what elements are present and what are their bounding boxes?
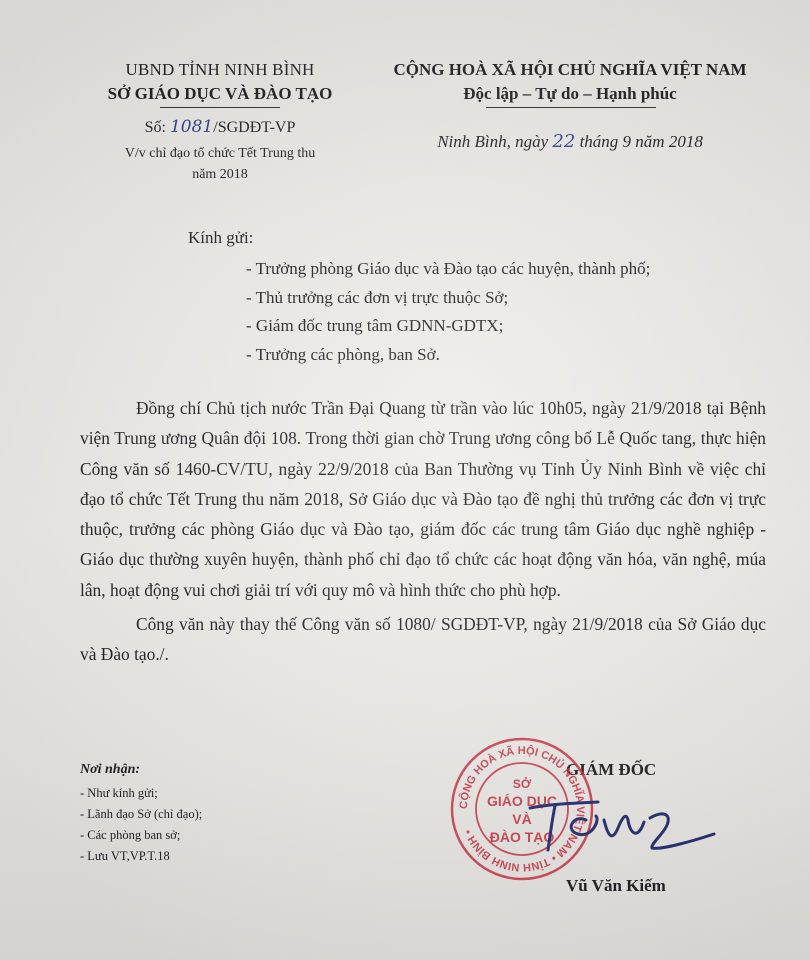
- document-number: Số: 1081/SGDĐT-VP: [80, 117, 360, 137]
- recipient-item: - Trưởng các phòng, ban Sở.: [246, 341, 650, 370]
- issuing-organization: SỞ GIÁO DỤC VÀ ĐÀO TẠO: [80, 84, 360, 104]
- recipient-list: - Trưởng phòng Giáo dục và Đào tạo các h…: [246, 255, 650, 369]
- distribution-item: - Lãnh đạo Sở (chỉ đạo);: [80, 804, 202, 825]
- subject-line-2: năm 2018: [80, 164, 360, 185]
- greeting: Kính gửi:: [188, 228, 253, 248]
- recipient-item: - Trưởng phòng Giáo dục và Đào tạo các h…: [246, 255, 650, 284]
- document-number-suffix: /SGDĐT-VP: [213, 119, 295, 136]
- distribution-item: - Lưu VT,VP.T.18: [80, 846, 202, 867]
- body-paragraph: Đồng chí Chủ tịch nước Trần Đại Quang từ…: [80, 393, 766, 605]
- stamp-center-line-1: SỞ: [513, 776, 532, 791]
- national-title: CỘNG HOÀ XÃ HỘI CHỦ NGHĨA VIỆT NAM: [360, 60, 780, 80]
- date-day-handwritten: 22: [552, 131, 575, 152]
- date-suffix: tháng 9 năm 2018: [575, 132, 703, 151]
- document-subject: V/v chỉ đạo tổ chức Tết Trung thu năm 20…: [80, 143, 360, 185]
- header-right-underline: [486, 107, 656, 108]
- recipient-item: - Thủ trưởng các đơn vị trực thuộc Sở;: [246, 284, 650, 313]
- letter-body: Đồng chí Chủ tịch nước Trần Đại Quang từ…: [80, 393, 766, 670]
- handwritten-signature-icon: [500, 790, 730, 860]
- header-left-underline: [160, 107, 280, 108]
- distribution-item: - Như kính gửi;: [80, 783, 202, 804]
- document-page: UBND TỈNH NINH BÌNH SỞ GIÁO DỤC VÀ ĐÀO T…: [0, 0, 810, 960]
- national-motto: Độc lập – Tự do – Hạnh phúc: [360, 84, 780, 104]
- distribution-list: - Như kính gửi; - Lãnh đạo Sở (chỉ đạo);…: [80, 783, 202, 867]
- issue-date: Ninh Bình, ngày 22 tháng 9 năm 2018: [360, 131, 780, 152]
- recipient-item: - Giám đốc trung tâm GDNN-GDTX;: [246, 312, 650, 341]
- distribution-item: - Các phòng ban sở;: [80, 825, 202, 846]
- parent-organization: UBND TỈNH NINH BÌNH: [80, 60, 360, 80]
- document-number-handwritten: 1081: [170, 117, 213, 137]
- body-paragraph: Công văn này thay thế Công văn số 1080/ …: [80, 609, 766, 670]
- date-prefix: Ninh Bình, ngày: [437, 132, 552, 151]
- subject-line-1: V/v chỉ đạo tổ chức Tết Trung thu: [80, 143, 360, 164]
- document-number-prefix: Số:: [145, 119, 170, 136]
- distribution-title: Nơi nhận:: [80, 762, 140, 778]
- signer-name: Vũ Văn Kiếm: [566, 876, 666, 896]
